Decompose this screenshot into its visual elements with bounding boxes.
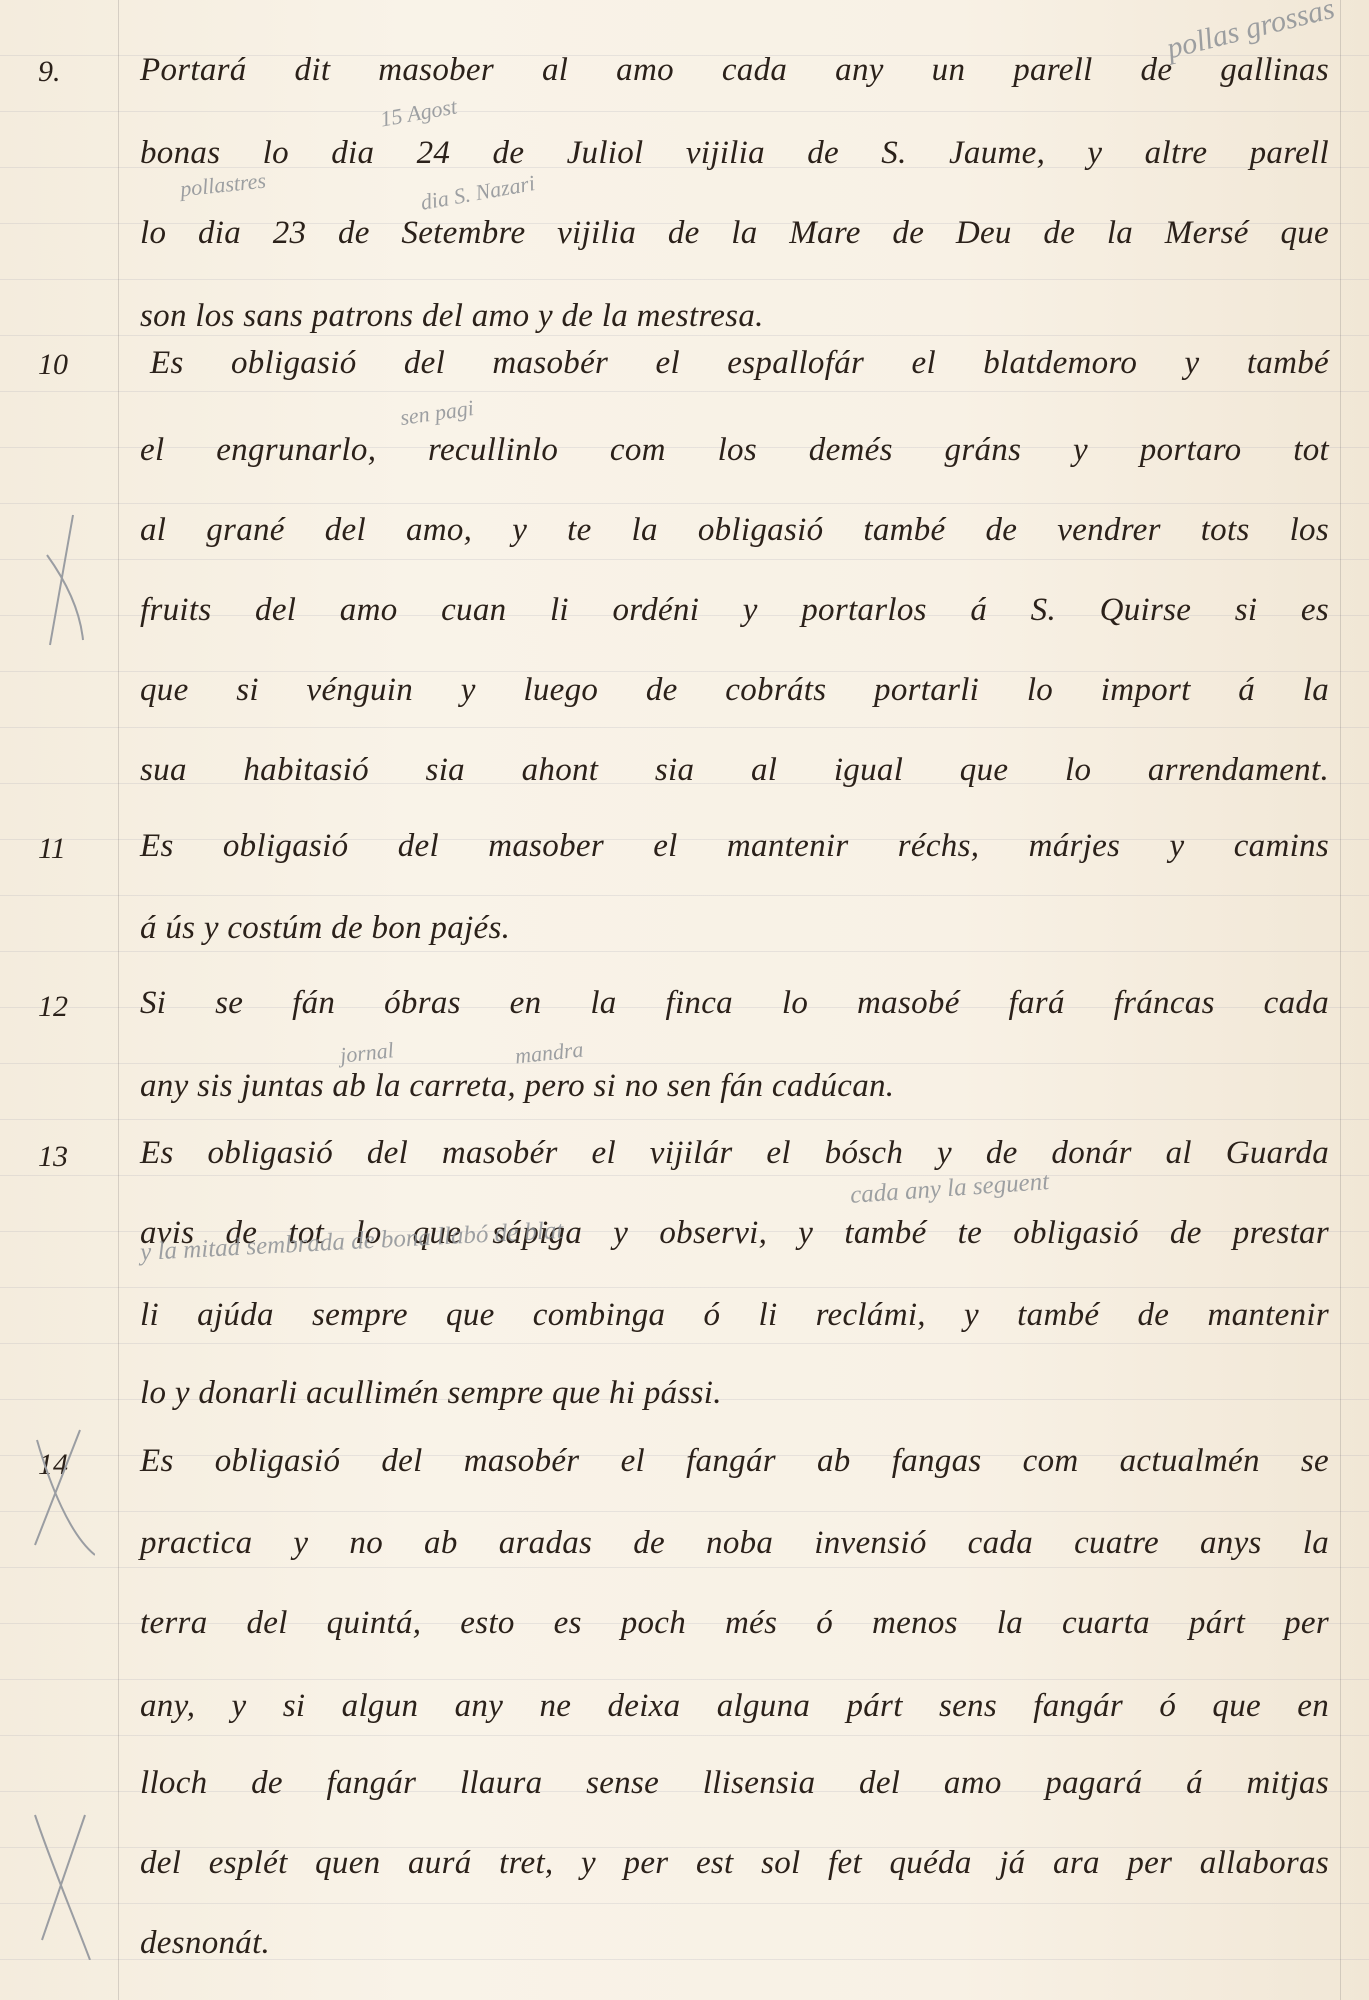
clause-9-line-3: lo dia 23 de Setembre vijilia de la Mare… [140,215,1329,252]
clause-10-line-3: al grané del amo, y te la obligasió tamb… [140,512,1329,549]
clause-number-9: 9. [38,55,61,89]
pencil-annotation: sen pagi [399,395,476,431]
clause-14-line-7: desnonát. [140,1925,1329,1962]
clause-number-12: 12 [38,990,68,1024]
clause-12-line-1: Si se fán óbras en la finca lo masobé fa… [140,985,1329,1022]
margin-x-mark-icon [35,500,105,650]
clause-10-line-6: sua habitasió sia ahont sia al igual que… [140,752,1329,789]
clause-14-line-6: del esplét quen aurá tret, y per est sol… [140,1845,1329,1882]
clause-number-13: 13 [38,1140,68,1174]
clause-9-line-1: Portará dit masober al amo cada any un p… [140,52,1329,89]
pencil-annotation: mandra [514,1036,585,1069]
clause-13-line-1: Es obligasió del masobér el vijilár el b… [140,1135,1329,1172]
clause-14-line-3: terra del quintá, esto es poch més ó men… [140,1605,1329,1642]
margin-x-mark-icon [30,1810,100,1960]
clause-14-line-1: Es obligasió del masobér el fangár ab fa… [140,1443,1329,1480]
clause-14-line-4: any, y si algun any ne deixa alguna párt… [140,1688,1329,1725]
clause-11-line-1: Es obligasió del masober el mantenir réc… [140,828,1329,865]
margin-x-mark-icon [25,1425,95,1575]
clause-10-line-5: que si vénguin y luego de cobráts portar… [140,672,1329,709]
clause-9-line-4: son los sans patrons del amo y de la mes… [140,298,1329,335]
clause-number-11: 11 [38,832,66,866]
pencil-annotation: cada any la seguent [849,1168,1050,1210]
clause-10-line-1: Es obligasió del masobér el espallofár e… [150,345,1329,382]
clause-13-line-4: lo y donarli acullimén sempre que hi pás… [140,1375,1329,1412]
clause-12-line-2: any sis juntas ab la carreta, pero si no… [140,1068,1329,1105]
manuscript-page: 9. Portará dit masober al amo cada any u… [0,0,1369,2000]
clause-11-line-2: á ús y costúm de bon pajés. [140,910,1329,947]
clause-number-10: 10 [38,348,68,382]
clause-10-line-4: fruits del amo cuan li ordéni y portarlo… [140,592,1329,629]
clause-9-line-2: bonas lo dia 24 de Juliol vijilia de S. … [140,135,1329,172]
clause-10-line-2: el engrunarlo, recullinlo com los demés … [140,432,1329,469]
pencil-annotation: dia S. Nazari [419,170,537,216]
pencil-annotation: pollastres [179,168,267,203]
clause-14-line-2: practica y no ab aradas de noba invensió… [140,1525,1329,1562]
left-margin-rule [118,0,119,2000]
right-margin-rule [1340,0,1341,2000]
pencil-annotation: 15 Agost [378,93,459,132]
clause-13-line-3: li ajúda sempre que combinga ó li reclám… [140,1297,1329,1334]
clause-14-line-5: lloch de fangár llaura sense llisensia d… [140,1765,1329,1802]
pencil-annotation: jornal [339,1037,395,1068]
